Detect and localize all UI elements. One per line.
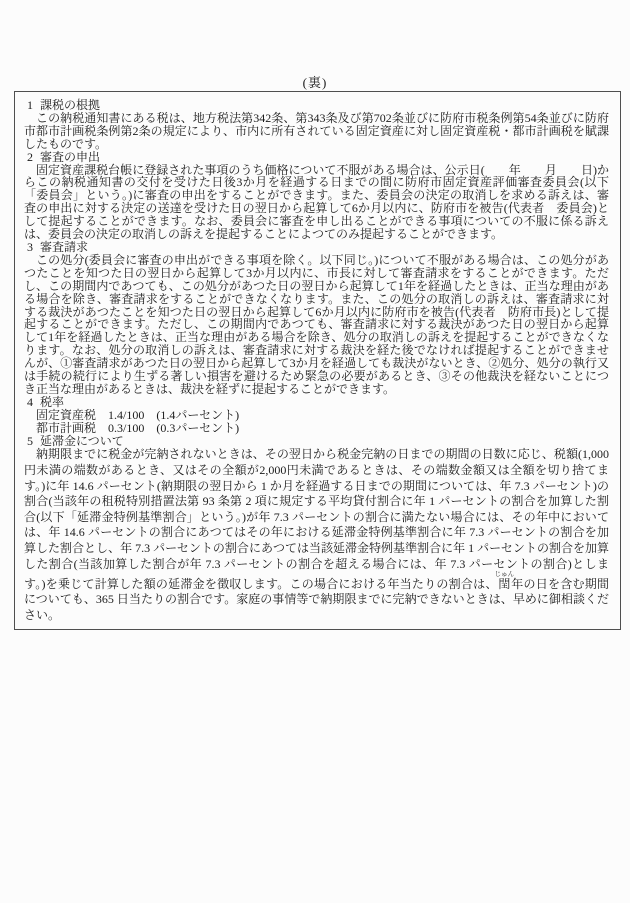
section-title: 審査請求	[40, 240, 88, 254]
section-body: 納期限までに税金が完納されないときは、その翌日から税金完納の日までの期間の日数に…	[24, 447, 609, 623]
section-heading: 4税率	[24, 396, 609, 409]
section-body: この納税通知書にある税は、地方税法第342条、第343条及び第702条並びに防府…	[24, 112, 609, 151]
fixed-asset-tax-rate-line: 固定資産税 1.4/100 (1.4パーセント)	[24, 409, 609, 422]
section-title: 審査の申出	[40, 150, 100, 164]
section-title: 課税の根拠	[40, 98, 100, 112]
section-heading: 1課税の根拠	[24, 99, 609, 112]
section-taxation-basis: 1課税の根拠 この納税通知書にある税は、地方税法第342条、第343条及び第70…	[24, 99, 609, 151]
section-heading: 5延滞金について	[24, 435, 609, 448]
section-late-payment-charge: 5延滞金について 納期限までに税金が完納されないときは、その翌日から税金完納の日…	[24, 435, 609, 624]
section-body: 固定資産課税台帳に登録された事項のうち価格について不服がある場合は、公示日( 年…	[24, 164, 609, 241]
section-heading: 3審査請求	[24, 241, 609, 254]
section-number: 5	[27, 435, 40, 448]
section-number: 3	[27, 241, 40, 254]
section-heading: 2審査の申出	[24, 151, 609, 164]
page-side-label: (裏)	[0, 72, 630, 91]
section-number: 1	[27, 99, 40, 112]
section-number: 4	[27, 396, 40, 409]
notice-text-box: 1課税の根拠 この納税通知書にある税は、地方税法第342条、第343条及び第70…	[14, 91, 621, 630]
section-number: 2	[27, 151, 40, 164]
section-title: 税率	[40, 395, 64, 409]
section-body: この処分(委員会に審査の申出ができる事項を除く。以下同じ。)について不服がある場…	[24, 254, 609, 396]
section-examination-request: 3審査請求 この処分(委員会に審査の申出ができる事項を除く。以下同じ。)について…	[24, 241, 609, 396]
section-tax-rates: 4税率 固定資産税 1.4/100 (1.4パーセント) 都市計画税 0.3/1…	[24, 396, 609, 435]
ruby-furigana: じゅん	[495, 571, 515, 578]
section-review-application: 2審査の申出 固定資産課税台帳に登録された事項のうち価格について不服がある場合は…	[24, 151, 609, 241]
section-title: 延滞金について	[40, 434, 124, 448]
body-text-before-ruby: 納期限までに税金が完納されないときは、その翌日から税金完納の日までの期間の日数に…	[24, 447, 609, 590]
tax-notice-back-page: (裏) 1課税の根拠 この納税通知書にある税は、地方税法第342条、第343条及…	[0, 0, 630, 903]
ruby-leap-year: 閏じゅん	[498, 577, 511, 591]
